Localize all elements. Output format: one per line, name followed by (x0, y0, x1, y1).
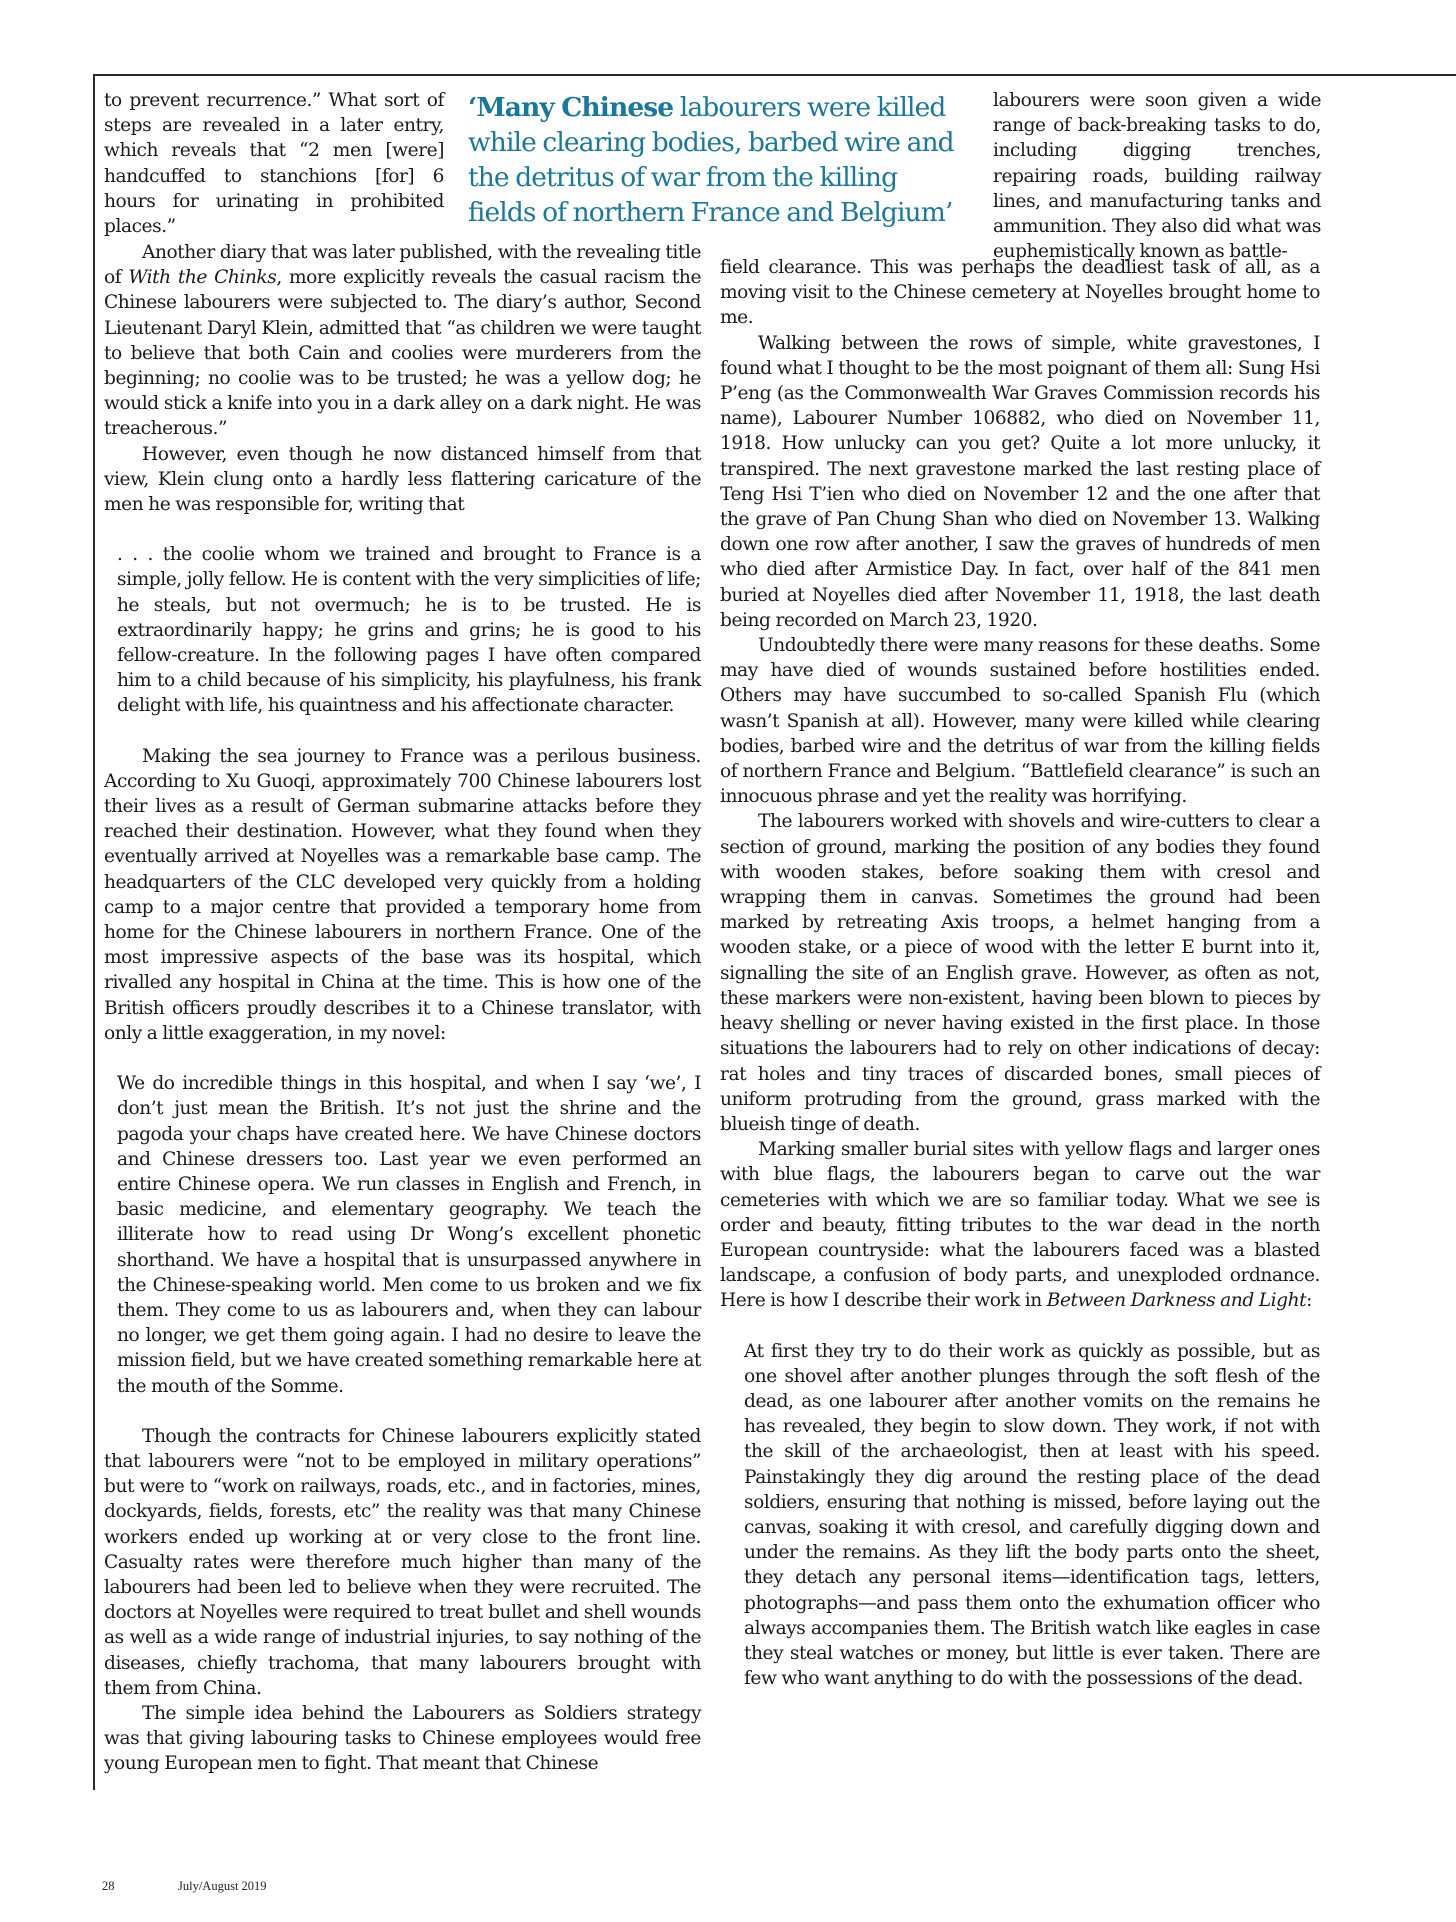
body-paragraph: Though the contracts for Chinese laboure… (104, 1424, 701, 1701)
block-quote: At first they try to do their work as qu… (744, 1339, 1320, 1692)
book-title: With the Chinks (128, 267, 276, 288)
pull-quote: ‘Many Chinese labourers were killed whil… (468, 90, 968, 230)
left-top-paragraph: to prevent recurrence.” What sort of ste… (104, 88, 444, 239)
body-paragraph: Making the sea journey to France was a p… (104, 744, 701, 1046)
body-paragraph: The simple idea behind the Labourers as … (104, 1701, 701, 1777)
left-column-top: to prevent recurrence.” What sort of ste… (104, 88, 444, 239)
body-paragraph: However, even though he now distanced hi… (104, 442, 701, 518)
frame-top-rule (93, 74, 1456, 76)
text-run: Marking smaller burial sites with yellow… (720, 1139, 1320, 1311)
frame-left-rule (93, 74, 95, 1790)
body-paragraph: Another diary that was later published, … (104, 240, 701, 442)
block-quote: We do incredible things in this hospital… (117, 1071, 701, 1399)
body-paragraph: Marking smaller burial sites with yellow… (720, 1137, 1320, 1313)
right-column-body: field clearance. This was perhaps the de… (720, 255, 1320, 1691)
pull-quote-lead: ‘Many Chinese (468, 92, 673, 123)
page-number: 28 (102, 1879, 115, 1894)
right-column-top: labourers were soon given a wide range o… (993, 88, 1321, 264)
text-run: : (1306, 1290, 1312, 1311)
left-column-body: Another diary that was later published, … (104, 240, 701, 1777)
right-top-paragraph: labourers were soon given a wide range o… (993, 88, 1321, 264)
block-quote: . . . the coolie whom we trained and bro… (117, 542, 701, 718)
body-paragraph: The labourers worked with shovels and wi… (720, 809, 1320, 1137)
issue-date: July/August 2019 (178, 1879, 267, 1894)
body-paragraph: Undoubtedly there were many reasons for … (720, 633, 1320, 809)
body-paragraph: field clearance. This was perhaps the de… (720, 255, 1320, 331)
book-title: Between Darkness and Light (1047, 1290, 1306, 1311)
text-run: , more explicitly reveals the casual rac… (104, 267, 701, 439)
body-paragraph: Walking between the rows of simple, whit… (720, 331, 1320, 633)
